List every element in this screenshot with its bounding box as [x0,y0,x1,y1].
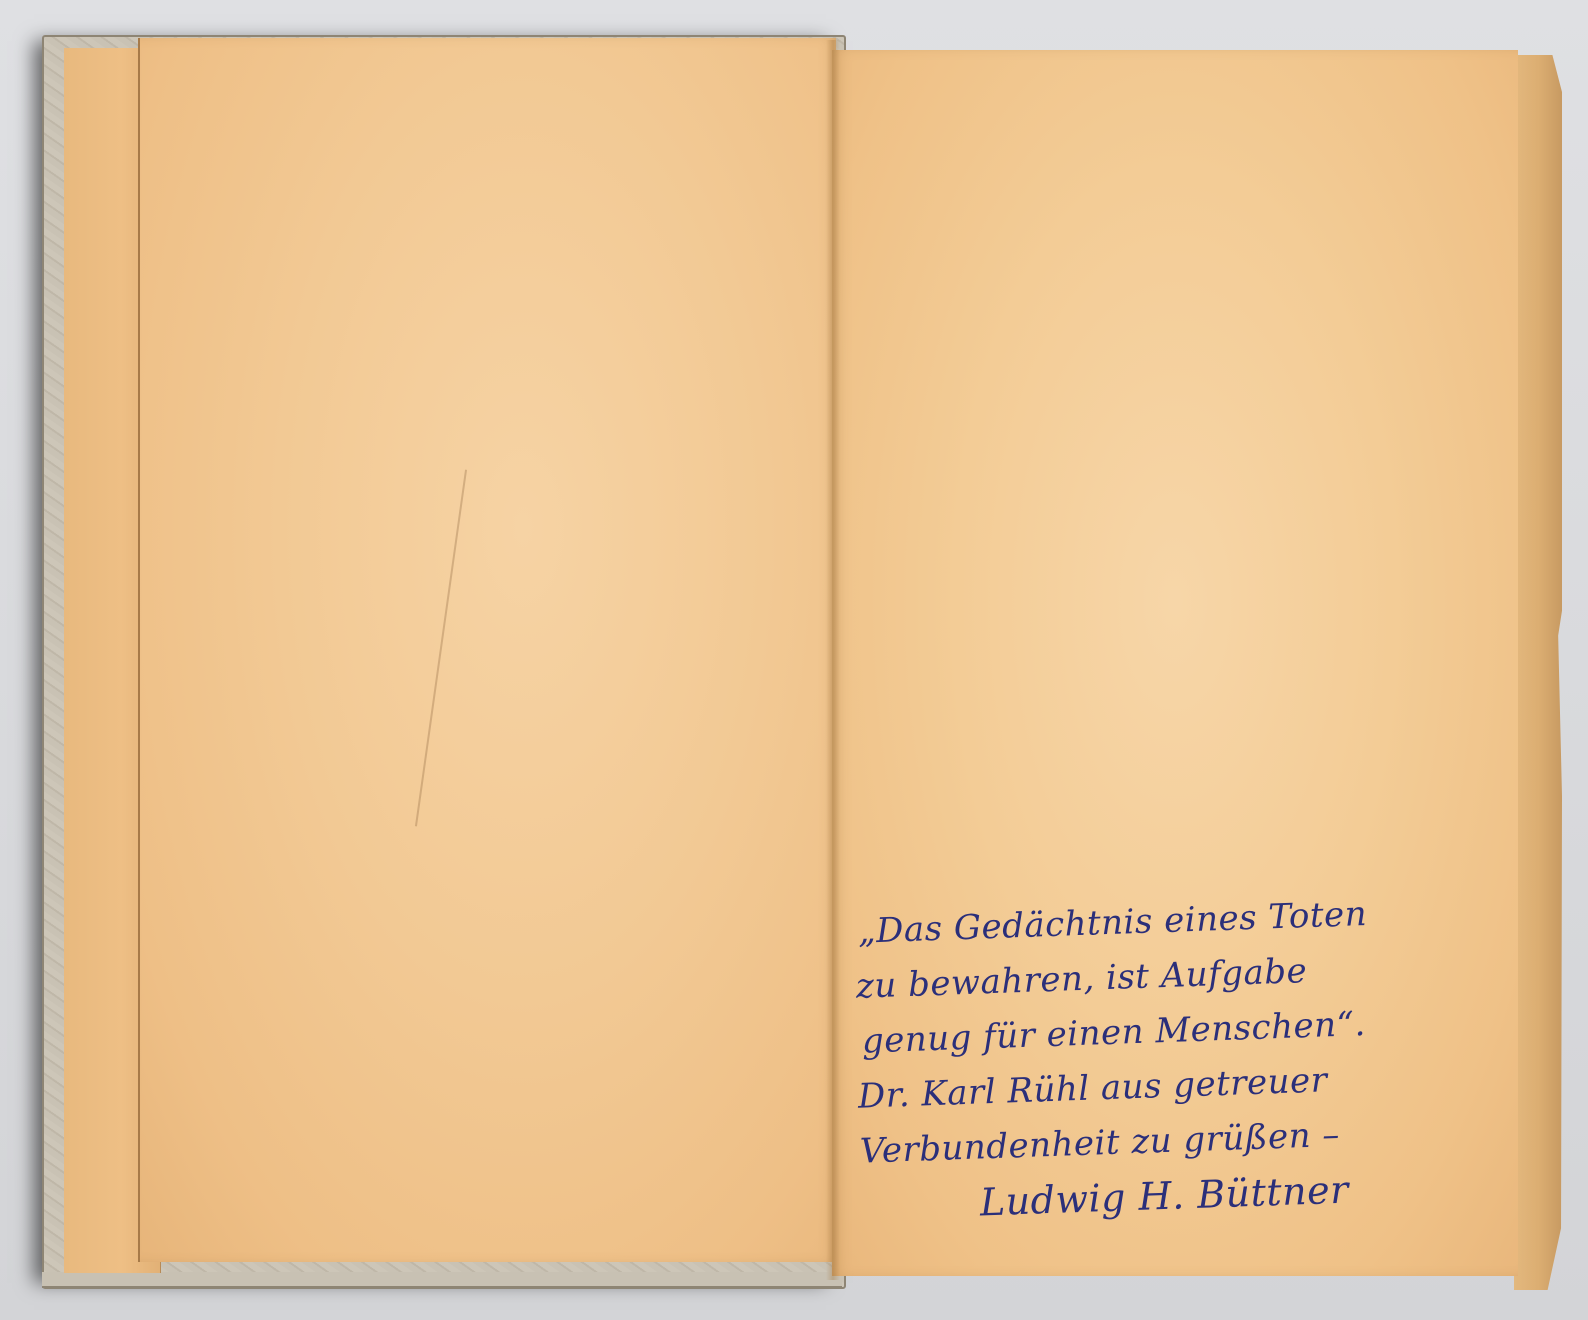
page-crease [415,470,467,827]
left-blank-page [138,38,836,1262]
book-cover-bottom-edge [42,1272,842,1288]
handwritten-inscription: „Das Gedächtnis eines Toten zu bewahren,… [850,905,1470,1235]
book-gutter [826,40,840,1280]
background: „Das Gedächtnis eines Toten zu bewahren,… [0,0,1588,1320]
page-block-edges [1514,55,1562,1290]
